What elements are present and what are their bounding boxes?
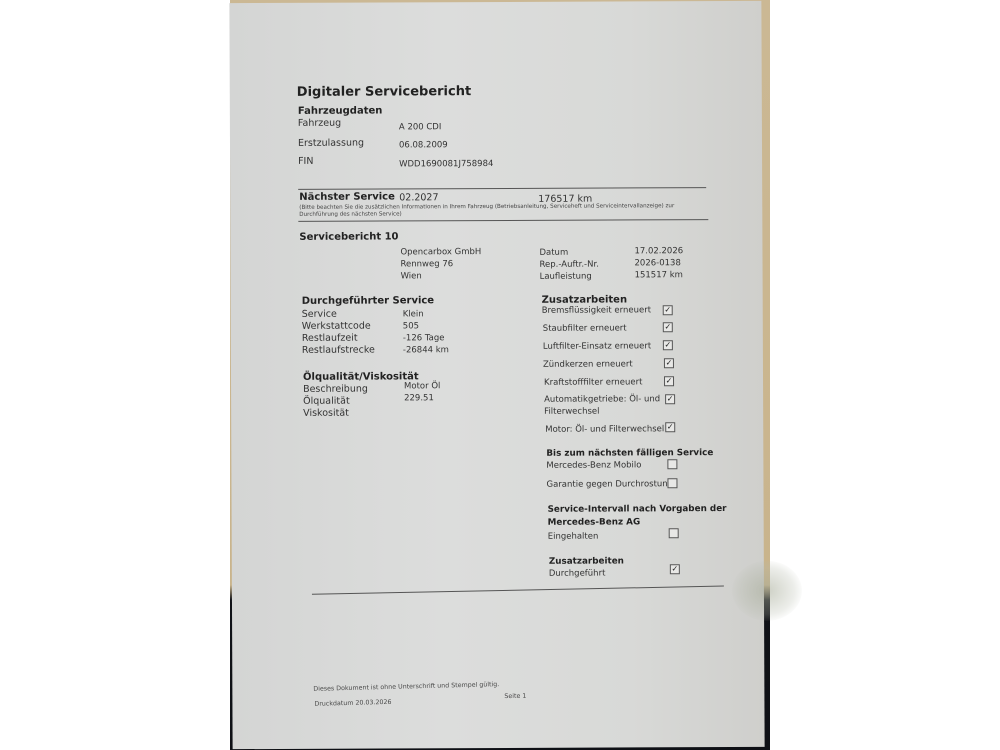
vehicle-data-heading: Fahrzeugdaten: [298, 105, 383, 116]
service-type-value: Klein: [403, 309, 424, 319]
repair-order-label: Rep.-Auftr.-Nr.: [539, 260, 598, 270]
air-filter-checkbox[interactable]: ✓: [663, 340, 673, 350]
vin-label: FIN: [298, 156, 313, 167]
divider-bottom: [298, 219, 708, 222]
spark-plugs-checkbox[interactable]: ✓: [664, 358, 674, 368]
workshop-code-value: 505: [403, 321, 419, 331]
repair-order-value: 2026-0138: [634, 258, 680, 268]
divider-top: [298, 187, 706, 190]
mileage-label: Laufleistung: [540, 272, 592, 282]
automatic-transmission-label: Automatikgetriebe: Öl- und: [544, 394, 660, 405]
remaining-distance-value: -26844 km: [403, 345, 449, 355]
validity-note: Dieses Dokument ist ohne Unterschrift un…: [313, 681, 499, 693]
fuel-filter-checkbox[interactable]: ✓: [664, 376, 674, 386]
service-interval-heading-line2: Mercedes-Benz AG: [548, 517, 641, 527]
next-service-label: Nächster Service: [299, 191, 395, 202]
vehicle-value: A 200 CDI: [399, 122, 441, 132]
workshop-name: Opencarbox GmbH: [400, 247, 481, 257]
cabin-filter-label: Staubfilter erneuert: [543, 323, 627, 333]
oil-quality-label: Ölqualität: [303, 396, 350, 407]
vin-value: WDD1690081J758984: [399, 159, 493, 169]
brake-fluid-label: Bremsflüssigkeit erneuert: [542, 305, 651, 315]
additional-work-heading: Zusatzarbeiten: [542, 294, 627, 305]
automatic-transmission-label-line2: Filterwechsel: [544, 407, 599, 417]
fuel-filter-label: Kraftstofffilter erneuert: [544, 377, 642, 387]
additional-work-summary-heading: Zusatzarbeiten: [549, 556, 624, 566]
first-registration-label: Erstzulassung: [298, 138, 364, 149]
oil-quality-value: 229.51: [404, 393, 434, 403]
oil-description-value: Motor Öl: [404, 381, 440, 391]
interval-kept-label: Eingehalten: [548, 532, 599, 542]
performed-checkbox[interactable]: ✓: [670, 564, 680, 574]
next-service-note-line1: (Bitte beachten Sie die zusätzlichen Inf…: [299, 203, 674, 211]
remaining-time-value: -126 Tage: [403, 333, 445, 343]
remaining-distance-label: Restlaufstrecke: [302, 345, 375, 356]
performed-service-heading: Durchgeführter Service: [302, 295, 434, 307]
workshop-code-label: Werkstattcode: [302, 321, 371, 332]
service-report-page: Digitaler Servicebericht Fahrzeugdaten F…: [229, 1, 764, 749]
next-service-note-line2: Durchführung des nächsten Service): [299, 211, 401, 217]
interval-kept-checkbox[interactable]: [669, 528, 679, 538]
date-label: Datum: [539, 248, 568, 258]
page-number: Seite 1: [504, 693, 526, 700]
mileage-value: 151517 km: [635, 270, 683, 280]
paper-smudge: [732, 561, 802, 621]
oil-heading: Ölqualität/Viskosität: [303, 371, 419, 383]
cabin-filter-checkbox[interactable]: ✓: [663, 322, 673, 332]
remaining-time-label: Restlaufzeit: [302, 333, 358, 344]
automatic-transmission-checkbox[interactable]: ✓: [665, 394, 675, 404]
spark-plugs-label: Zündkerzen erneuert: [543, 359, 633, 369]
viscosity-label: Viskosität: [303, 408, 349, 419]
vehicle-label: Fahrzeug: [298, 118, 341, 129]
workshop-street: Rennweg 76: [400, 259, 453, 269]
next-service-date: 02.2027: [399, 192, 438, 203]
first-registration-value: 06.08.2009: [399, 140, 448, 150]
until-next-service-heading: Bis zum nächsten fälligen Service: [546, 448, 713, 459]
air-filter-label: Luftfilter-Einsatz erneuert: [543, 341, 651, 351]
rust-warranty-checkbox[interactable]: [667, 478, 677, 488]
engine-oil-checkbox[interactable]: ✓: [665, 422, 675, 432]
workshop-city: Wien: [401, 271, 422, 281]
print-date: Druckdatum 20.03.2026: [314, 699, 391, 708]
bottom-divider: [312, 586, 724, 596]
service-report-heading: Servicebericht 10: [299, 231, 398, 242]
oil-description-label: Beschreibung: [303, 384, 368, 395]
service-type-label: Service: [302, 309, 337, 320]
performed-label: Durchgeführt: [549, 569, 606, 579]
mobilo-checkbox[interactable]: [667, 459, 677, 469]
mobilo-label: Mercedes-Benz Mobilo: [546, 460, 641, 470]
page-title: Digitaler Servicebericht: [297, 84, 471, 100]
rust-warranty-label: Garantie gegen Durchrostung: [546, 479, 673, 490]
service-interval-heading-line1: Service-Intervall nach Vorgaben der: [548, 504, 727, 515]
engine-oil-label: Motor: Öl- und Filterwechsel: [545, 424, 664, 435]
brake-fluid-checkbox[interactable]: ✓: [663, 305, 673, 315]
date-value: 17.02.2026: [634, 246, 683, 256]
